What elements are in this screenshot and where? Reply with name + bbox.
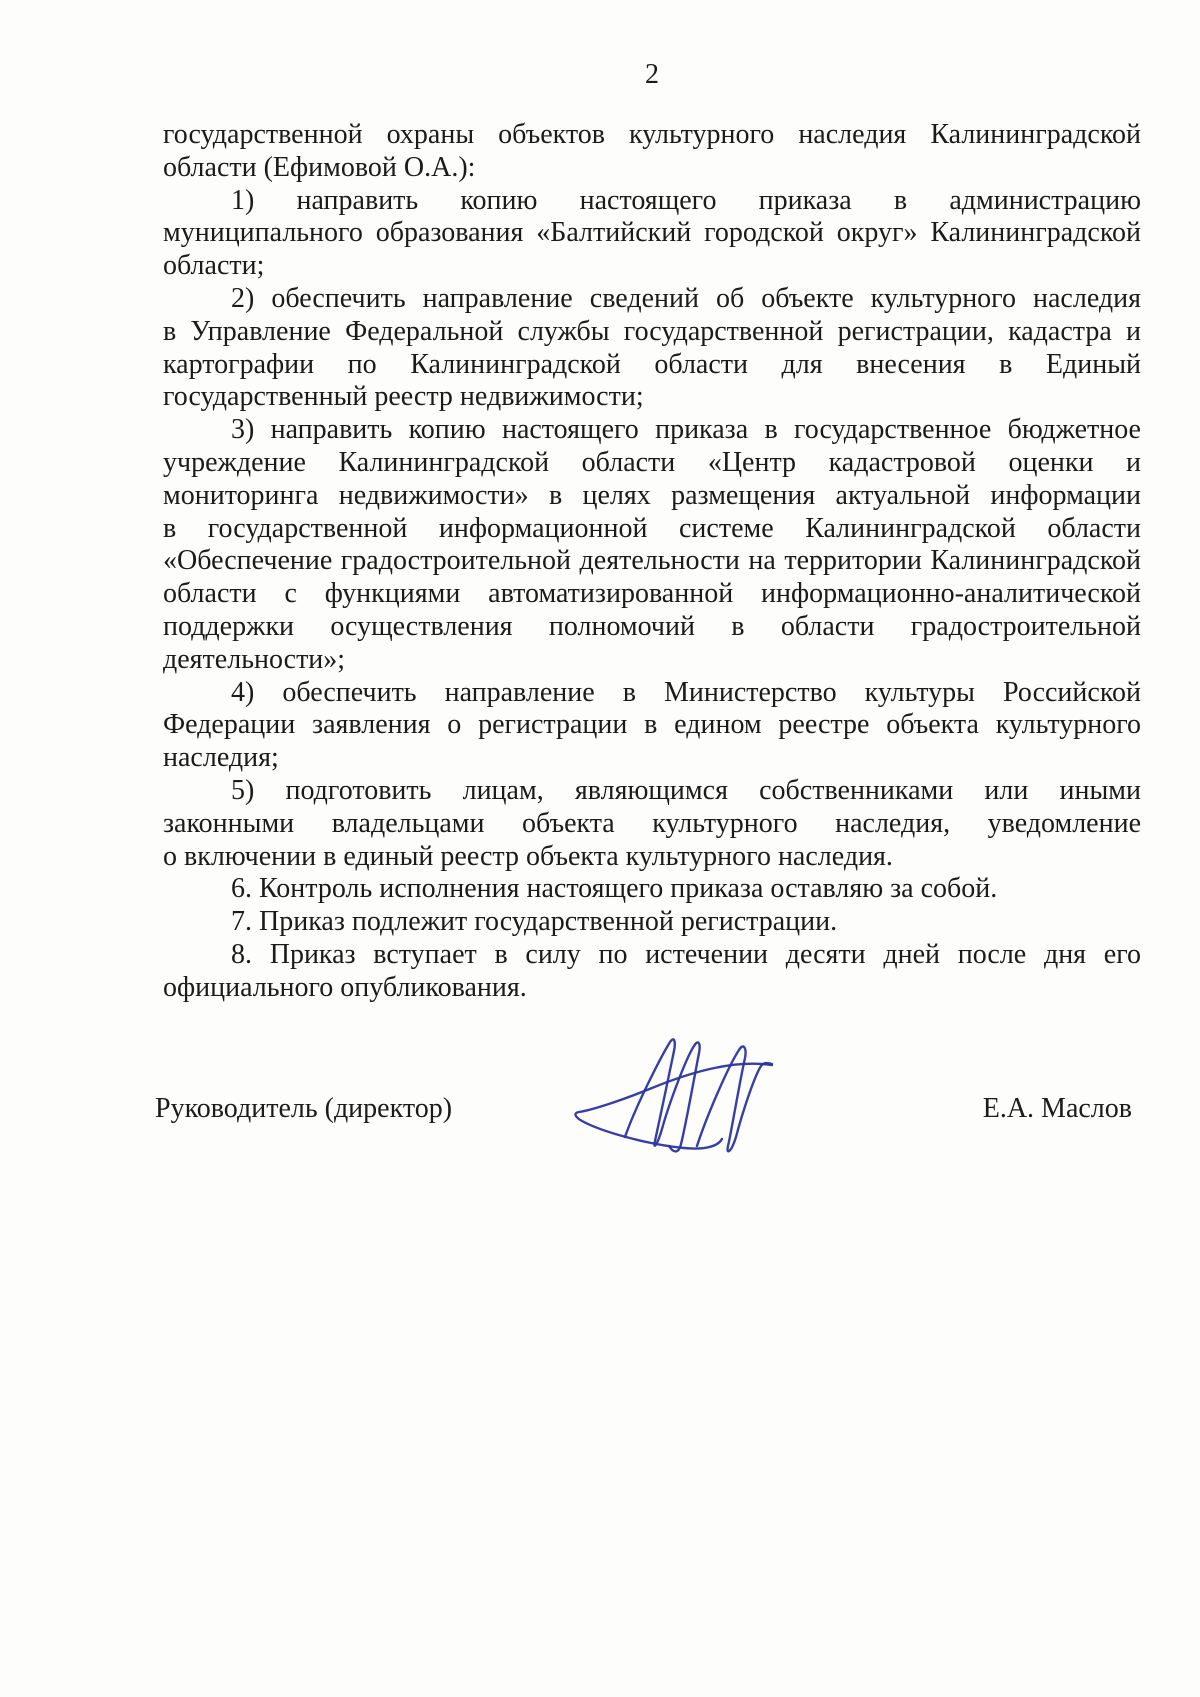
paragraph: 4) обеспечить направление в Министерство… <box>163 677 1141 775</box>
text-line: области; <box>163 250 1141 283</box>
paragraph: 3) направить копию настоящего приказа в … <box>163 414 1141 676</box>
page-number: 2 <box>163 58 1141 92</box>
text-line: мониторинга недвижимости» в целях размещ… <box>163 480 1141 513</box>
text-line: учреждение Калининградской области «Цент… <box>163 447 1141 480</box>
text-line: о включении в единый реестр объекта куль… <box>163 841 1141 874</box>
text-line: государственный реестр недвижимости; <box>163 381 1141 414</box>
text-line: 1) направить копию настоящего приказа в … <box>163 185 1141 218</box>
signoff-row: Руководитель (директор) Е.А. Маслов <box>155 1092 1132 1126</box>
paragraph: 8. Приказ вступает в силу по истечении д… <box>163 939 1141 1005</box>
text-line: наследия; <box>163 742 1141 775</box>
text-line: муниципального образования «Балтийский г… <box>163 217 1141 250</box>
text-line: в государственной информационной системе… <box>163 513 1141 546</box>
text-line: законными владельцами объекта культурног… <box>163 808 1141 841</box>
text-line: картографии по Калининградской области д… <box>163 349 1141 382</box>
text-line: области с функциями автоматизированной и… <box>163 578 1141 611</box>
text-line: области (Ефимовой О.А.): <box>163 152 1141 185</box>
document-page: 2 государственной охраны объектов культу… <box>0 0 1200 1697</box>
paragraph: 7. Приказ подлежит государственной регис… <box>163 906 1141 939</box>
paragraph: 1) направить копию настоящего приказа в … <box>163 185 1141 283</box>
text-line: 3) направить копию настоящего приказа в … <box>163 414 1141 447</box>
signature-name: Е.А. Маслов <box>983 1092 1132 1126</box>
text-line: «Обеспечение градостроительной деятельно… <box>163 545 1141 578</box>
signature-role-label: Руководитель (директор) <box>155 1092 452 1126</box>
text-line: 6. Контроль исполнения настоящего приказ… <box>163 873 1141 906</box>
text-line: в Управление Федеральной службы государс… <box>163 316 1141 349</box>
text-line: деятельности»; <box>163 644 1141 677</box>
text-line: 8. Приказ вступает в силу по истечении д… <box>163 939 1141 972</box>
text-line: 7. Приказ подлежит государственной регис… <box>163 906 1141 939</box>
text-line: государственной охраны объектов культурн… <box>163 119 1141 152</box>
text-line: 2) обеспечить направление сведений об об… <box>163 283 1141 316</box>
text-line: 5) подготовить лицам, являющимся собстве… <box>163 775 1141 808</box>
paragraph: 2) обеспечить направление сведений об об… <box>163 283 1141 414</box>
text-line: поддержки осуществления полномочий в обл… <box>163 611 1141 644</box>
text-line: официального опубликования. <box>163 972 1141 1005</box>
body-text: государственной охраны объектов культурн… <box>163 119 1141 1005</box>
paragraph: 6. Контроль исполнения настоящего приказ… <box>163 873 1141 906</box>
text-line: 4) обеспечить направление в Министерство… <box>163 677 1141 710</box>
paragraph: государственной охраны объектов культурн… <box>163 119 1141 185</box>
text-line: Федерации заявления о регистрации в един… <box>163 709 1141 742</box>
paragraph: 5) подготовить лицам, являющимся собстве… <box>163 775 1141 873</box>
